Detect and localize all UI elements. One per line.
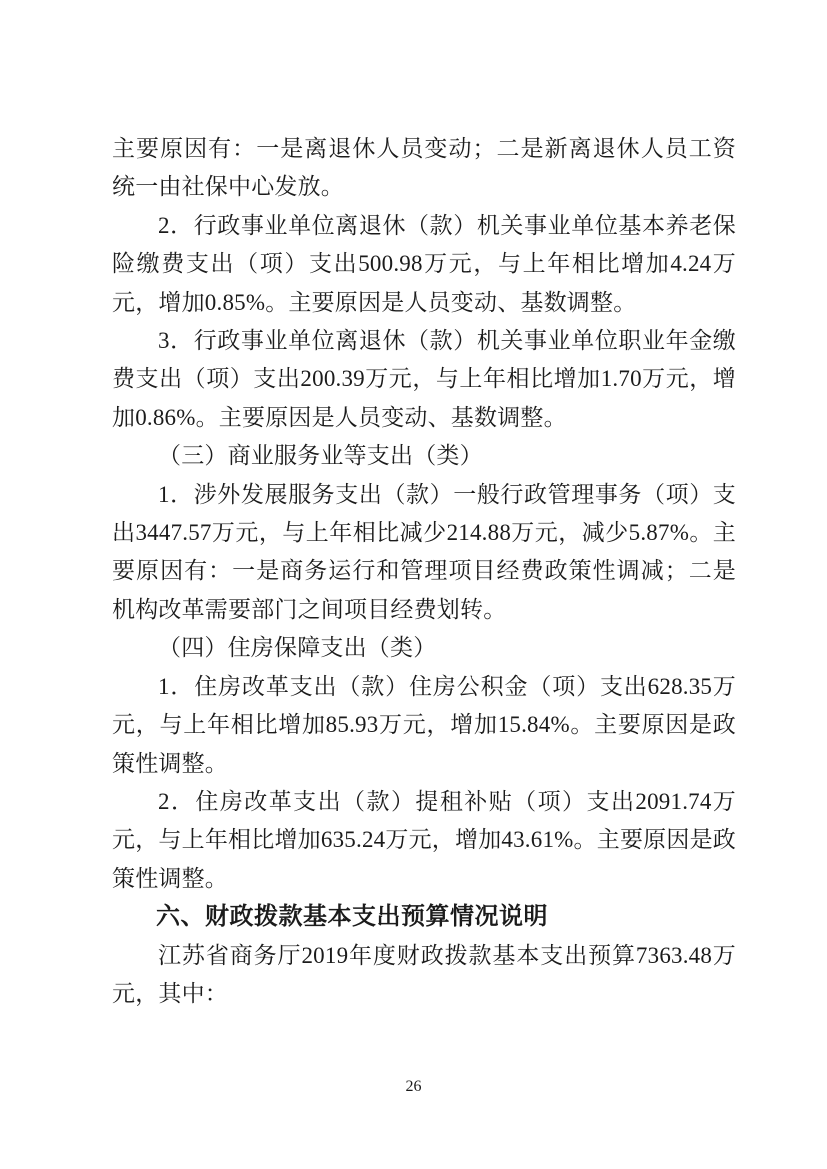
paragraph: 2．住房改革支出（款）提租补贴（项）支出2091.74万元，与上年相比增加635… xyxy=(112,783,736,898)
paragraph: 1．住房改革支出（款）住房公积金（项）支出628.35万元，与上年相比增加85.… xyxy=(112,668,736,783)
subsection-heading: （四）住房保障支出（类） xyxy=(112,629,736,667)
paragraph: 江苏省商务厅2019年度财政拨款基本支出预算7363.48万元，其中： xyxy=(112,937,736,1014)
paragraph: 2．行政事业单位离退休（款）机关事业单位基本养老保险缴费支出（项）支出500.9… xyxy=(112,207,736,322)
page-number: 26 xyxy=(0,1078,827,1096)
document-page: 主要原因有：一是离退休人员变动；二是新离退休人员工资统一由社保中心发放。 2．行… xyxy=(0,0,827,1169)
section-heading: 六、财政拨款基本支出预算情况说明 xyxy=(112,898,736,936)
subsection-heading: （三）商业服务业等支出（类） xyxy=(112,437,736,475)
paragraph: 主要原因有：一是离退休人员变动；二是新离退休人员工资统一由社保中心发放。 xyxy=(112,130,736,207)
document-body: 主要原因有：一是离退休人员变动；二是新离退休人员工资统一由社保中心发放。 2．行… xyxy=(112,130,736,1013)
paragraph: 3．行政事业单位离退休（款）机关事业单位职业年金缴费支出（项）支出200.39万… xyxy=(112,322,736,437)
paragraph: 1．涉外发展服务支出（款）一般行政管理事务（项）支出3447.57万元，与上年相… xyxy=(112,476,736,630)
